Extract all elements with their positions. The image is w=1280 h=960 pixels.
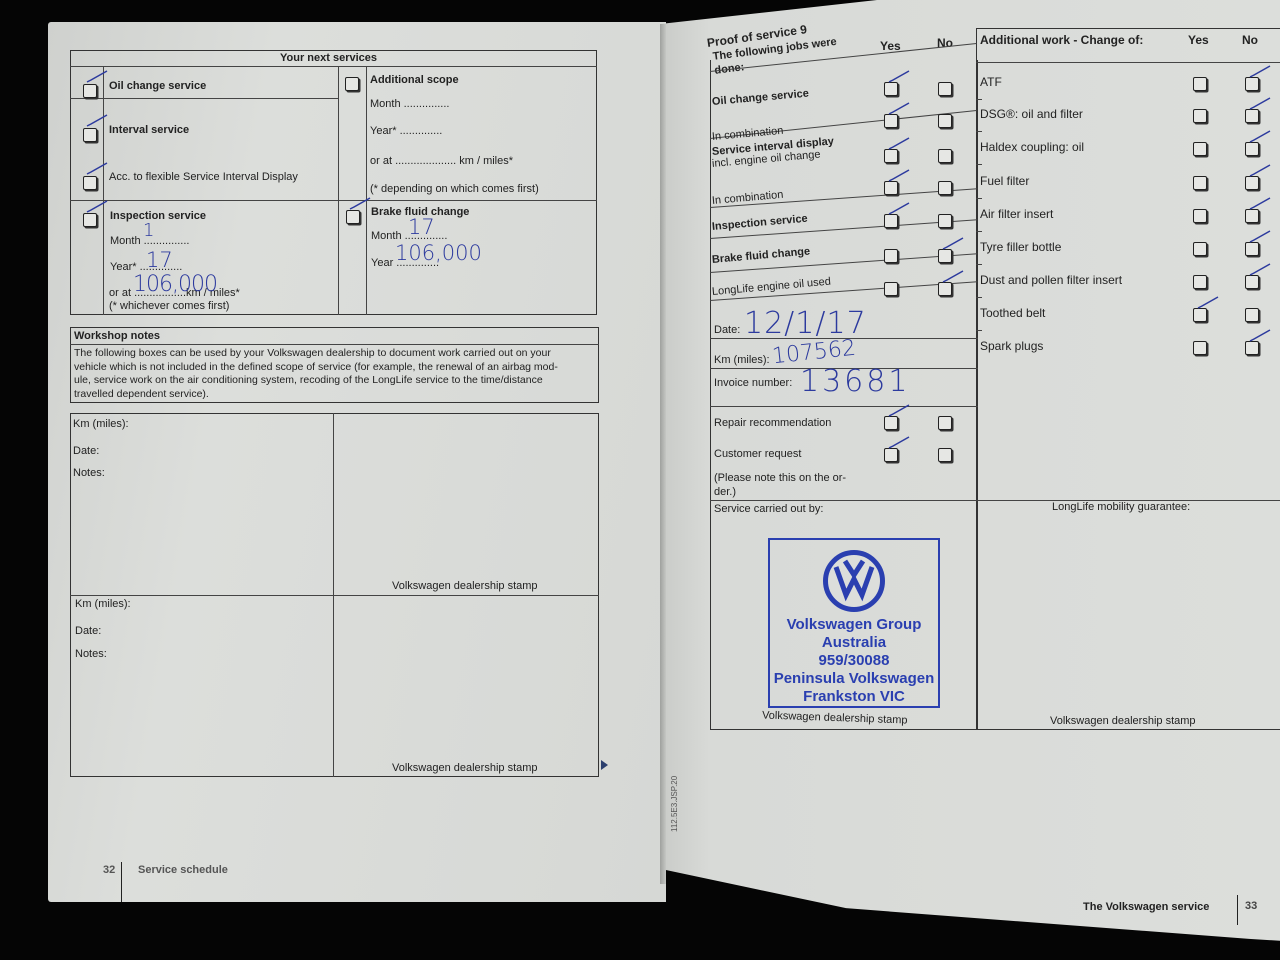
invoice-field[interactable]: Invoice number: [714,377,792,389]
invoice-value: 13681 [800,364,910,399]
interval-service-checkbox[interactable] [83,128,97,142]
customer-yes-checkbox[interactable] [884,448,898,462]
left-page-section: Service schedule [138,864,228,876]
divider [70,98,338,99]
divider [103,66,104,315]
additional-yes-checkbox[interactable] [1193,77,1207,91]
proof-job-yes-checkbox[interactable] [884,82,898,96]
inspection-km-value: 106,000 [133,272,217,297]
additional-yes-header: Yes [1188,33,1209,47]
brake-year-value: 106,000 [395,241,482,265]
proof-job-no-checkbox[interactable] [938,114,952,128]
additional-scope-checkbox[interactable] [345,77,359,91]
proof-job-no-checkbox[interactable] [938,249,952,263]
left-page-number: 32 [103,864,115,876]
additional-item-label: Haldex coupling: oil [980,140,1084,154]
proof-job-no-checkbox[interactable] [938,282,952,296]
entry-stamp-area: Volkswagen dealership stamp [392,762,538,774]
stamp-line-4: Peninsula Volkswagen [770,670,938,688]
additional-no-checkbox[interactable] [1245,341,1259,355]
divider [70,344,599,345]
additional-no-checkbox[interactable] [1245,142,1259,156]
book-gutter [660,24,666,884]
customer-request-label: Customer request [714,448,801,460]
additional-item-label: Tyre filler bottle [980,240,1061,254]
dealer-stamp: Volkswagen Group Australia 959/30088 Pen… [768,538,940,708]
additional-item-label: Spark plugs [980,339,1043,353]
proof-job-yes-checkbox[interactable] [884,214,898,228]
stamp-line-1: Volkswagen Group [770,616,938,634]
divider [976,198,982,199]
workshop-notes-desc-1: The following boxes can be used by your … [74,347,551,361]
repair-yes-checkbox[interactable] [884,416,898,430]
additional-item-label: Air filter insert [980,207,1053,221]
additional-yes-checkbox[interactable] [1193,275,1207,289]
brake-fluid-checkbox[interactable] [346,210,360,224]
inspection-label: Inspection service [110,210,206,222]
additional-scope-label: Additional scope [370,74,459,86]
divider [710,406,978,407]
additional-item-label: Toothed belt [980,306,1045,320]
additional-no-checkbox[interactable] [1245,176,1259,190]
workshop-notes-title: Workshop notes [74,330,160,342]
flexible-display-label: Acc. to flexible Service Interval Displa… [109,171,298,183]
additional-no-checkbox[interactable] [1245,308,1259,322]
additional-no-checkbox[interactable] [1245,242,1259,256]
proof-job-no-checkbox[interactable] [938,214,952,228]
divider [976,330,982,331]
flexible-display-checkbox[interactable] [83,176,97,190]
customer-note-1: (Please note this on the or- [714,472,846,484]
additional-yes-checkbox[interactable] [1193,209,1207,223]
divider [976,131,982,132]
additional-note: (* depending on which comes first) [370,183,539,195]
customer-note-2: der.) [714,486,736,498]
oil-change-checkbox[interactable] [83,84,97,98]
divider [366,66,367,315]
proof-job-yes-checkbox[interactable] [884,114,898,128]
additional-km-field[interactable]: or at .................... km / miles* [370,155,513,167]
proof-job-yes-checkbox[interactable] [884,282,898,296]
stamp-line-5: Frankston VIC [770,688,938,706]
divider [70,200,597,201]
entry-notes-field[interactable]: Notes: [75,648,107,660]
inspection-note: (* whichever comes first) [109,300,229,312]
inspection-month-value: 1 [143,220,154,241]
additional-month-field[interactable]: Month ............... [370,98,449,110]
additional-year-field[interactable]: Year* .............. [370,125,442,137]
additional-no-checkbox[interactable] [1245,209,1259,223]
divider [70,66,597,67]
divider [710,500,1280,501]
right-page-section: The Volkswagen service [1083,901,1209,913]
divider [976,264,982,265]
divider [976,99,982,100]
additional-item-label: Fuel filter [980,174,1029,188]
right-page-number: 33 [1245,900,1257,912]
additional-frame [976,28,1280,730]
proof-job-no-checkbox[interactable] [938,149,952,163]
stamp-line-3: 959/30088 [770,652,938,670]
additional-no-header: No [1242,33,1258,47]
customer-no-checkbox[interactable] [938,448,952,462]
km-field[interactable]: Km (miles): [714,354,770,366]
additional-stamp-label: Volkswagen dealership stamp [1050,715,1196,727]
additional-yes-checkbox[interactable] [1193,176,1207,190]
vw-logo-icon [823,550,885,612]
divider [1237,895,1238,925]
entry-date-field[interactable]: Date: [75,625,101,637]
divider [338,66,339,315]
proof-job-yes-checkbox[interactable] [884,249,898,263]
date-field[interactable]: Date: [714,324,740,336]
entry-km-field[interactable]: Km (miles): [75,598,131,610]
proof-job-yes-checkbox[interactable] [884,149,898,163]
additional-no-checkbox[interactable] [1245,275,1259,289]
entry-stamp-area: Volkswagen dealership stamp [392,580,538,592]
entry-km-field[interactable]: Km (miles): [73,418,129,430]
divider [70,595,599,596]
additional-item-label: ATF [980,75,1002,89]
interval-service-label: Interval service [109,124,189,136]
additional-yes-checkbox[interactable] [1193,308,1207,322]
repair-recommendation-label: Repair recommendation [714,417,831,429]
additional-item-label: DSG®: oil and filter [980,107,1083,121]
additional-work-title: Additional work - Change of: [980,33,1143,47]
print-code: 112.5E3.JSP.20 [670,776,679,832]
workshop-notes-desc-2: vehicle which is not included in the def… [74,361,558,375]
divider [976,231,982,232]
divider [976,164,982,165]
next-services-title: Your next services [280,52,377,64]
inspection-year-value: 17 [146,248,173,272]
repair-no-checkbox[interactable] [938,416,952,430]
proof-job-yes-checkbox[interactable] [884,181,898,195]
oil-change-label: Oil change service [109,80,206,92]
divider [976,62,1280,63]
additional-yes-checkbox[interactable] [1193,341,1207,355]
workshop-notes-desc-3: ule, service work on the air conditionin… [74,374,543,388]
additional-no-checkbox[interactable] [1245,109,1259,123]
additional-item-label: Dust and pollen filter insert [980,273,1122,287]
divider [121,862,122,902]
brake-month-value: 17 [408,215,435,239]
entry-date-field[interactable]: Date: [73,445,99,457]
next-page-arrow-icon [601,760,608,770]
mobility-guarantee-label: LongLife mobility guarantee: [1052,501,1190,513]
inspection-checkbox[interactable] [83,213,97,227]
proof-job-no-checkbox[interactable] [938,181,952,195]
workshop-notes-desc-4: travelled dependent service). [74,388,209,402]
additional-no-checkbox[interactable] [1245,77,1259,91]
stamp-line-2: Australia [770,634,938,652]
additional-yes-checkbox[interactable] [1193,109,1207,123]
divider [976,297,982,298]
additional-yes-checkbox[interactable] [1193,242,1207,256]
entry-notes-field[interactable]: Notes: [73,467,105,479]
proof-job-no-checkbox[interactable] [938,82,952,96]
additional-yes-checkbox[interactable] [1193,142,1207,156]
